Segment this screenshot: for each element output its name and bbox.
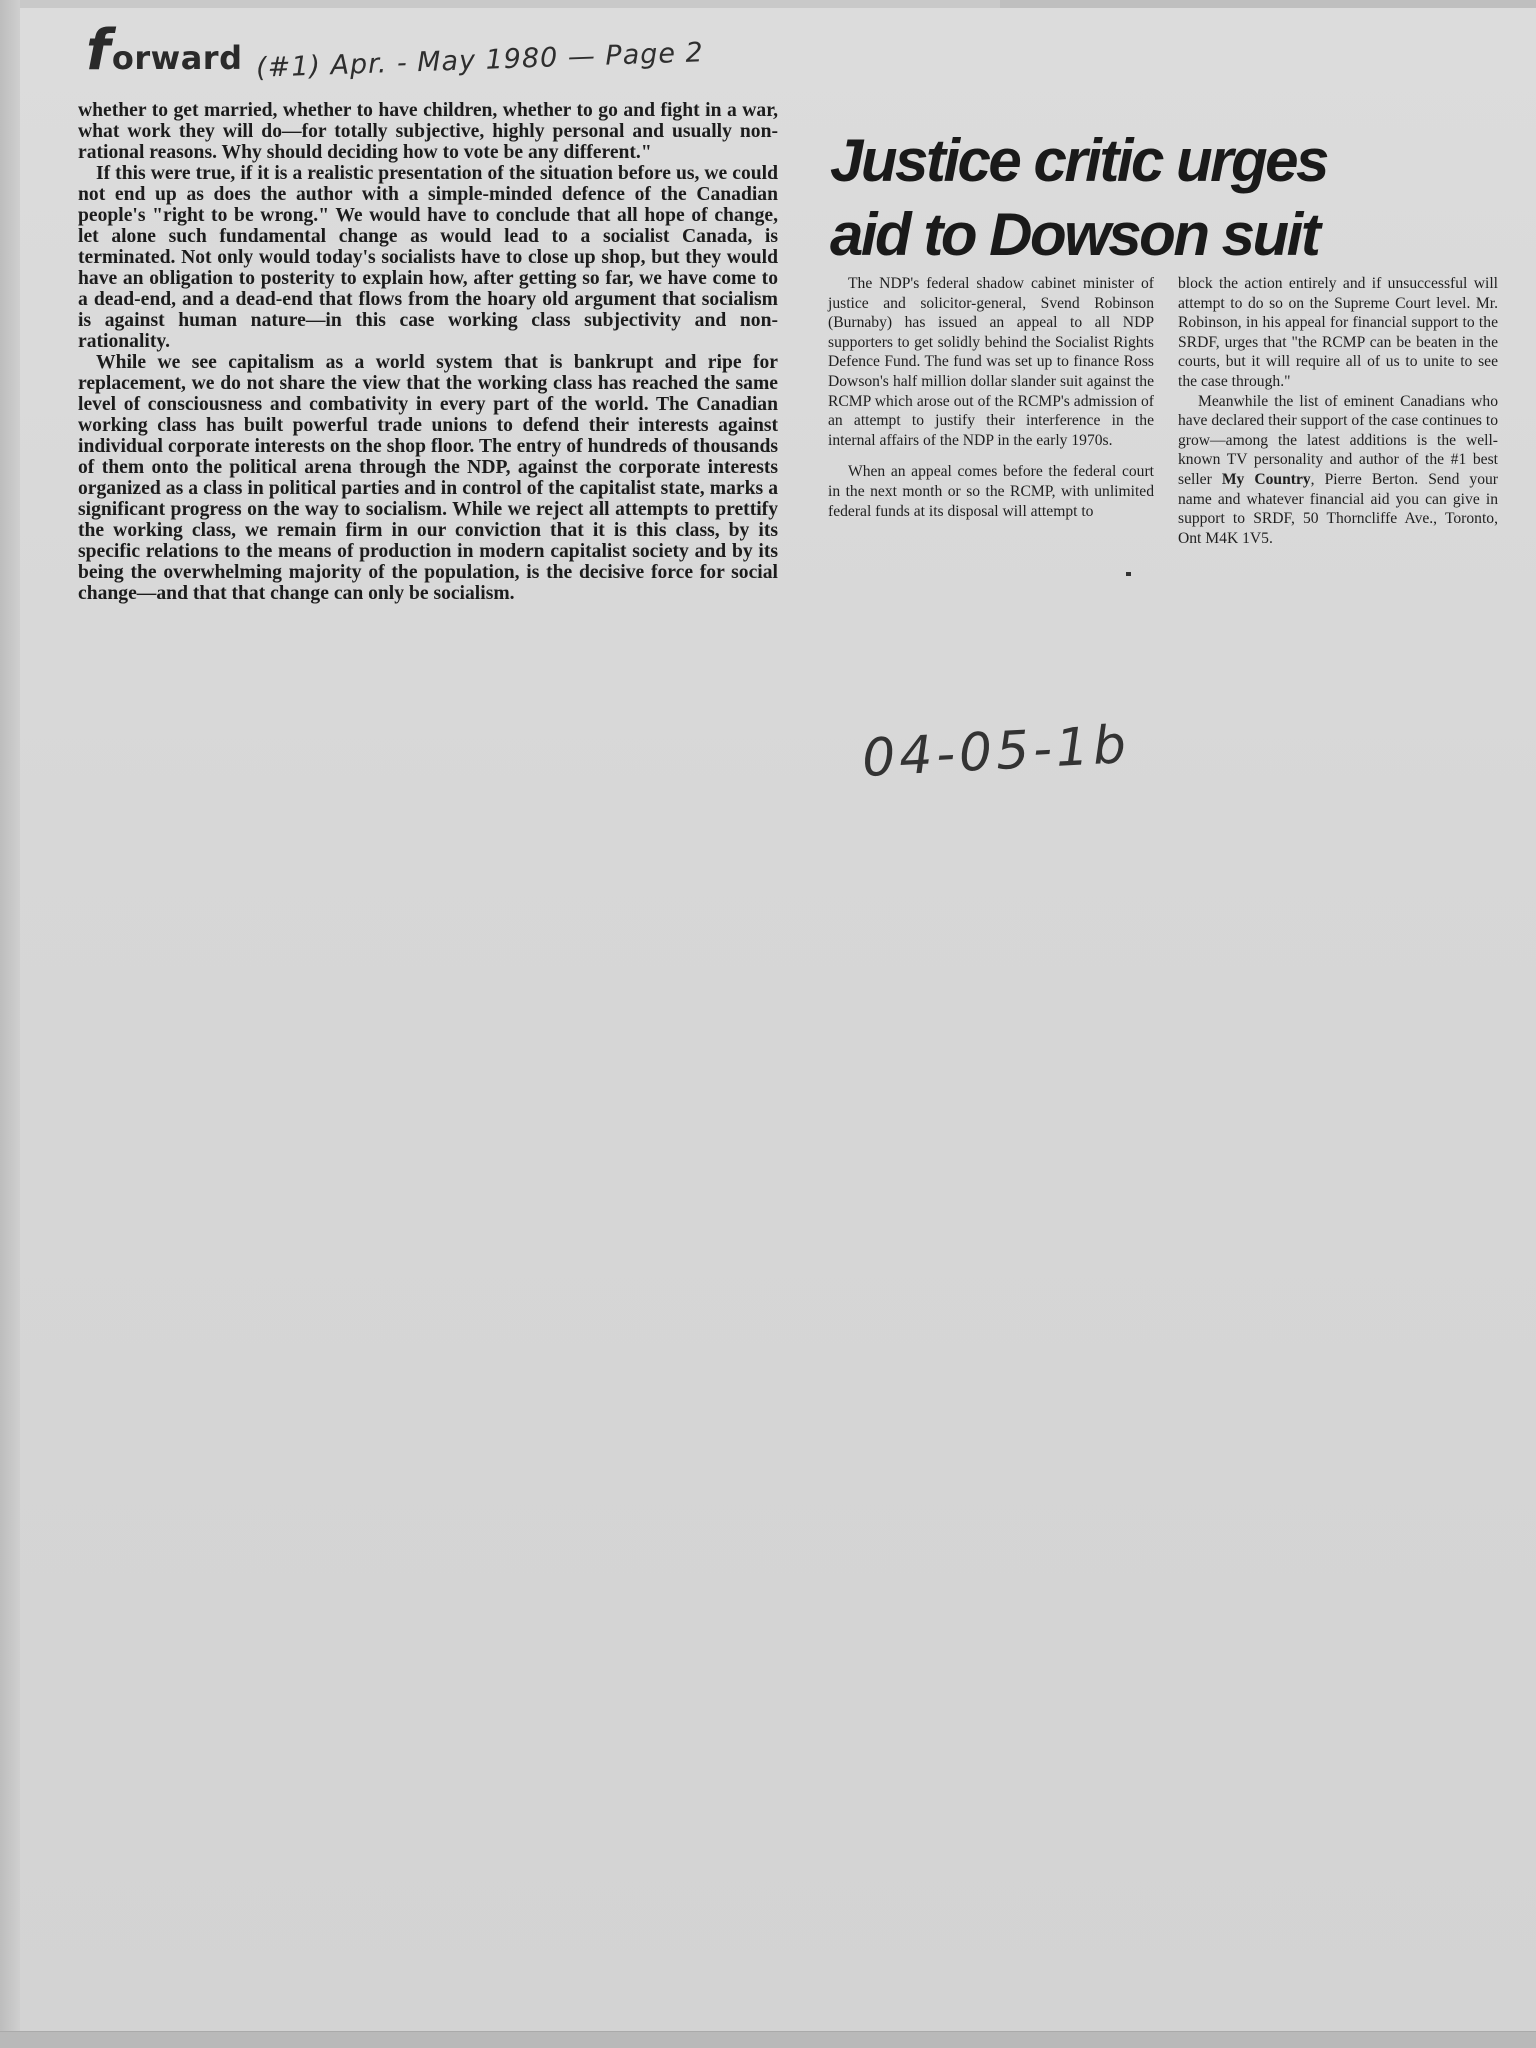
headline-line-2: aid to Dowson suit bbox=[830, 198, 1430, 272]
article-column-b: block the action entirely and if unsucce… bbox=[1178, 274, 1498, 548]
print-speck bbox=[1126, 572, 1131, 576]
left-paragraph-2: If this were true, if it is a realistic … bbox=[78, 163, 778, 352]
headline-line-1: Justice critic urges bbox=[830, 124, 1430, 198]
col-b-paragraph-1: block the action entirely and if unsucce… bbox=[1178, 274, 1498, 392]
masthead: forward (#1) Apr. - May 1980 — Page 2 bbox=[86, 18, 704, 78]
handwritten-issue-note: (#1) Apr. - May 1980 — Page 2 bbox=[256, 37, 705, 84]
logo-initial: f bbox=[86, 18, 111, 83]
scan-left-edge bbox=[0, 0, 20, 2048]
col-a-paragraph-2: When an appeal comes before the federal … bbox=[828, 462, 1154, 521]
forward-logo: forward bbox=[86, 18, 242, 83]
book-title: My Country bbox=[1222, 471, 1311, 488]
col-b-paragraph-2: Meanwhile the list of eminent Canadians … bbox=[1178, 392, 1498, 549]
article-column-a: The NDP's federal shadow cabinet ministe… bbox=[828, 274, 1154, 521]
logo-rest: orward bbox=[112, 39, 243, 77]
col-a-paragraph-1: The NDP's federal shadow cabinet ministe… bbox=[828, 274, 1154, 450]
article-headline: Justice critic urges aid to Dowson suit bbox=[830, 124, 1430, 272]
scan-bottom-edge bbox=[0, 2031, 1536, 2048]
left-paragraph-3: While we see capitalism as a world syste… bbox=[78, 352, 778, 604]
left-paragraph-1: whether to get married, whether to have … bbox=[78, 100, 778, 163]
left-article-column: whether to get married, whether to have … bbox=[78, 100, 778, 604]
